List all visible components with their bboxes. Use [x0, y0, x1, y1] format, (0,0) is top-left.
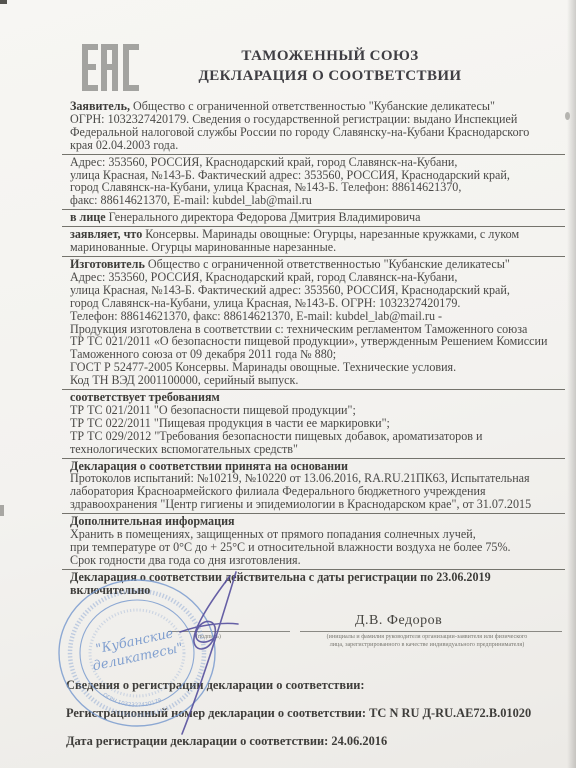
eac-mark-icon [82, 44, 139, 96]
section-complies: соответствует требованиям ТР ТС 021/2011… [62, 390, 565, 459]
text-line: Адрес: 353560, РОССИЯ, Краснодарский кра… [70, 156, 565, 169]
field-label: Изготовитель [70, 257, 145, 271]
registration-number-value: ТС N RU Д-RU.АЕ72.В.01020 [369, 706, 531, 720]
scan-dot-artifact [0, 505, 4, 516]
name-caption: (инициалы и фамилия руководителя организ… [286, 634, 568, 649]
text-run: Общество с ограниченной ответственностью… [145, 257, 510, 271]
text-line: ТР ТС 022/2011 "Пищевая продукция в част… [70, 417, 565, 430]
text-line: Изготовитель Общество с ограниченной отв… [70, 258, 565, 271]
text-line: края 02.04.2003 года. [70, 139, 565, 152]
text-run: Консервы. Маринады овощные: Огурцы, наре… [142, 227, 519, 241]
scan-corner-artifact [0, 0, 7, 4]
text-line: улица Красная, №143-Б. Фактический адрес… [70, 284, 565, 297]
text-run: Общество с ограниченной ответственностью… [130, 99, 495, 113]
text-line: Адрес: 353560, РОССИЯ, Краснодарский кра… [70, 271, 565, 284]
text-run: Генерального директора Федорова Дмитрия … [106, 210, 421, 224]
document-body: Заявитель, Общество с ограниченной ответ… [62, 99, 565, 599]
section-applicant: Заявитель, Общество с ограниченной ответ… [62, 99, 565, 155]
title-line-1: ТАМОЖЕННЫЙ СОЮЗ [140, 46, 520, 66]
section-in-person: в лице Генерального директора Федорова Д… [62, 210, 565, 227]
text-line: технологических вспомогательных средств" [70, 443, 565, 456]
field-label: заявляет, что [70, 227, 142, 241]
name-line [300, 631, 562, 632]
text-line: город Славянск-на-Кубани, улица Красная,… [70, 297, 565, 310]
section-additional-info: Дополнительная информация Хранить в поме… [62, 514, 565, 570]
text-line: Федеральной налоговой службы России по г… [70, 126, 565, 139]
text-line: ТР ТС 029/2012 "Требования безопасности … [70, 430, 565, 443]
section-manufacturer: Изготовитель Общество с ограниченной отв… [62, 257, 565, 390]
text-line: Заявитель, Общество с ограниченной ответ… [70, 100, 565, 113]
registration-date-value: 24.06.2016 [331, 734, 387, 748]
text-line: маринованные. Огурцы маринованные нареза… [70, 241, 565, 254]
text-line: ОГРН: 1032327420179. Сведения о государс… [70, 113, 565, 126]
signatory-name: Д.В. Федоров [355, 613, 442, 629]
scan-dot-artifact [565, 112, 570, 120]
section-applicant-address: Адрес: 353560, РОССИЯ, Краснодарский кра… [62, 155, 565, 211]
text-line: факс: 88614621370, E-mail: kubdel_lab@ma… [70, 194, 565, 207]
caption-line: лица, зарегистрированного в качестве инд… [286, 642, 568, 650]
caption-line: (инициалы и фамилия руководителя организ… [286, 634, 568, 642]
text-line: при температуре от 0°С до + 25°С и относ… [70, 541, 565, 554]
handwritten-signature-icon [152, 568, 272, 743]
section-basis: Декларация о соответствии принята на осн… [62, 459, 565, 515]
field-label: в лице [70, 210, 106, 224]
section-header: соответствует требованиям [70, 391, 565, 404]
section-declares: заявляет, что Консервы. Маринады овощные… [62, 227, 565, 257]
title-line-2: ДЕКЛАРАЦИЯ О СООТВЕТСТВИИ [140, 66, 520, 86]
text-line: Срок годности два года со дня изготовлен… [70, 554, 565, 567]
document-title: ТАМОЖЕННЫЙ СОЮЗ ДЕКЛАРАЦИЯ О СООТВЕТСТВИ… [140, 46, 520, 86]
text-line: Код ТН ВЭД 2001100000, серийный выпуск. [70, 374, 565, 387]
text-line: в лице Генерального директора Федорова Д… [70, 211, 565, 224]
declaration-document-scan: ТАМОЖЕННЫЙ СОЮЗ ДЕКЛАРАЦИЯ О СООТВЕТСТВИ… [0, 0, 576, 768]
text-line: ТР ТС 021/2011 "О безопасности пищевой п… [70, 404, 565, 417]
field-label: Заявитель, [70, 99, 130, 113]
text-line: Телефон: 88614621370, факс: 88614621370,… [70, 310, 565, 323]
text-line: здравоохранения "Центр гигиены и эпидеми… [70, 498, 565, 511]
